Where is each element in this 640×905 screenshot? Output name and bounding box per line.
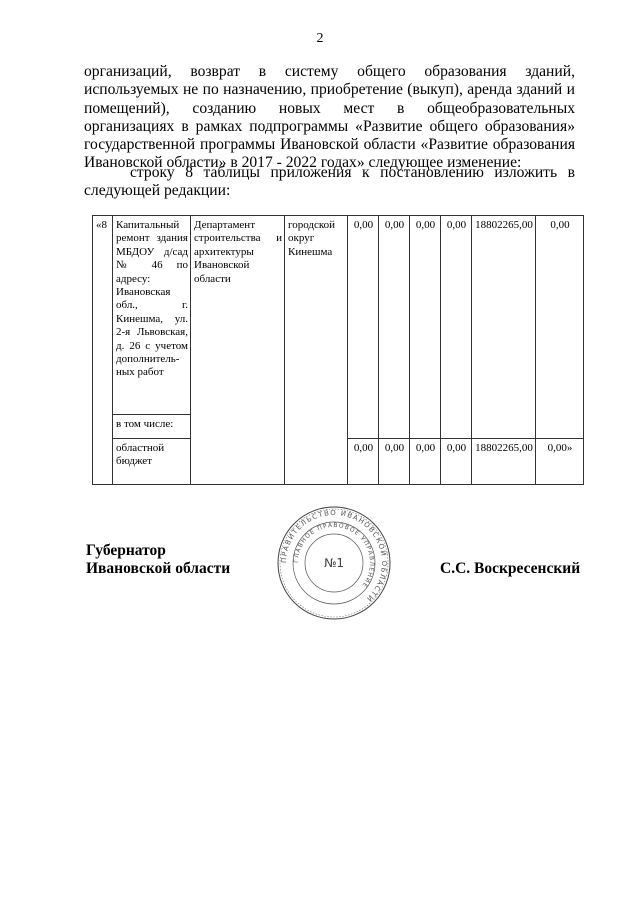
value-cell: 18802265,00	[472, 439, 536, 485]
body-paragraph-instruction: строку 8 таблицы приложения к постановле…	[84, 164, 575, 201]
program-table: «8 Капитальный ремонт здания МБДОУ д/сад…	[92, 215, 584, 485]
seal-icon: ПРАВИТЕЛЬСТВО ИВАНОВСКОЙ ОБЛАСТИ ГЛАВНОЕ…	[272, 504, 396, 622]
value-cell: 0,00	[536, 216, 584, 439]
signatory-title: Губернатор Ивановской области	[86, 542, 230, 578]
official-seal-stamp: ПРАВИТЕЛЬСТВО ИВАНОВСКОЙ ОБЛАСТИ ГЛАВНОЕ…	[272, 504, 396, 622]
value-cell: 0,00	[379, 439, 410, 485]
value-cell: 0,00	[410, 439, 441, 485]
page-number: 2	[0, 31, 640, 47]
object-name-cell: Капитальный ремонт здания МБДОУ д/сад № …	[113, 216, 191, 415]
body-paragraph-continuation: организаций, возврат в систему общего об…	[84, 63, 575, 173]
table-row: «8 Капитальный ремонт здания МБДОУ д/сад…	[93, 216, 584, 415]
value-cell: 0,00	[379, 216, 410, 439]
signatory-title-line1: Губернатор	[86, 542, 230, 560]
value-cell: 18802265,00	[472, 216, 536, 439]
department-cell: Департамент строительства и архитектуры …	[191, 216, 285, 485]
value-cell: 0,00	[348, 439, 379, 485]
value-cell: 0,00	[441, 216, 472, 439]
stamp-center-text: №1	[324, 556, 344, 570]
including-label-cell: в том числе:	[113, 415, 191, 439]
row-number-cell: «8	[93, 216, 113, 485]
municipality-cell: городской округ Кинешма	[285, 216, 348, 485]
value-cell: 0,00	[441, 439, 472, 485]
value-cell: 0,00»	[536, 439, 584, 485]
value-cell: 0,00	[348, 216, 379, 439]
signatory-title-line2: Ивановской области	[86, 560, 230, 578]
value-cell: 0,00	[410, 216, 441, 439]
signatory-name: С.С. Воскресенский	[440, 560, 580, 578]
regional-budget-label-cell: областной бюджет	[113, 439, 191, 485]
